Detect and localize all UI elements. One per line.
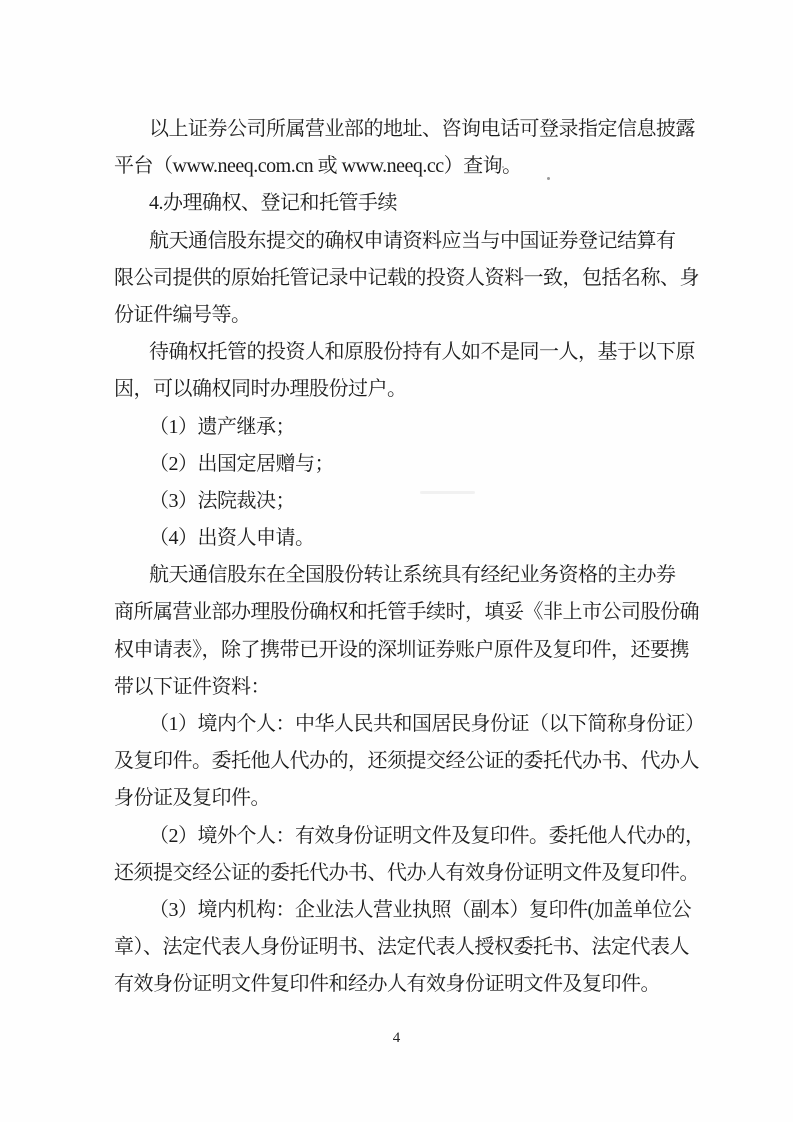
list-item: （1）境内个人：中华人民共和国居民身份证（以下简称身份证） [114, 706, 686, 743]
text-line: 份证件编号等。 [114, 297, 686, 334]
text-line: 带以下证件资料： [114, 669, 686, 706]
document-page: 以上证券公司所属营业部的地址、咨询电话可登录指定信息披露 平台（www.neeq… [0, 0, 793, 1122]
text-line: 章）、法定代表人身份证明书、法定代表人授权委托书、法定代表人 [114, 929, 686, 966]
list-item: （1）遗产继承； [114, 409, 686, 446]
text-line: 航天通信股东在全国股份转让系统具有经纪业务资格的主办券 [114, 557, 686, 594]
text-line: 限公司提供的原始托管记录中记载的投资人资料一致，包括名称、身 [114, 260, 686, 297]
section-heading: 4.办理确权、登记和托管手续 [114, 185, 686, 222]
text-line: 航天通信股东提交的确权申请资料应当与中国证券登记结算有 [114, 223, 686, 260]
scan-speck [502, 166, 504, 168]
text-line: 以上证券公司所属营业部的地址、咨询电话可登录指定信息披露 [114, 111, 686, 148]
page-number: 4 [0, 1030, 793, 1047]
text-line: 商所属营业部办理股份确权和托管手续时，填妥《非上市公司股份确 [114, 594, 686, 631]
scan-speck [547, 177, 550, 180]
list-item: （2）境外个人：有效身份证明文件及复印件。委托他人代办的， [114, 818, 686, 855]
list-item: （3）境内机构：企业法人营业执照（副本）复印件(加盖单位公 [114, 892, 686, 929]
text-line: 因，可以确权同时办理股份过户。 [114, 371, 686, 408]
text-line: 及复印件。委托他人代办的，还须提交经公证的委托代办书、代办人 [114, 743, 686, 780]
document-body: 以上证券公司所属营业部的地址、咨询电话可登录指定信息披露 平台（www.neeq… [114, 111, 686, 1004]
list-item: （4）出资人申请。 [114, 520, 686, 557]
text-line: 还须提交经公证的委托代办书、代办人有效身份证明文件及复印件。 [114, 855, 686, 892]
text-line: 平台（www.neeq.com.cn 或 www.neeq.cc）查询。 [114, 148, 686, 185]
list-item: （3）法院裁决； [114, 483, 686, 520]
text-line: 权申请表》，除了携带已开设的深圳证券账户原件及复印件，还要携 [114, 632, 686, 669]
text-line: 有效身份证明文件复印件和经办人有效身份证明文件及复印件。 [114, 966, 686, 1003]
list-item: （2）出国定居赠与； [114, 446, 686, 483]
scan-smudge [420, 491, 475, 494]
text-line: 身份证及复印件。 [114, 780, 686, 817]
text-line: 待确权托管的投资人和原股份持有人如不是同一人，基于以下原 [114, 334, 686, 371]
